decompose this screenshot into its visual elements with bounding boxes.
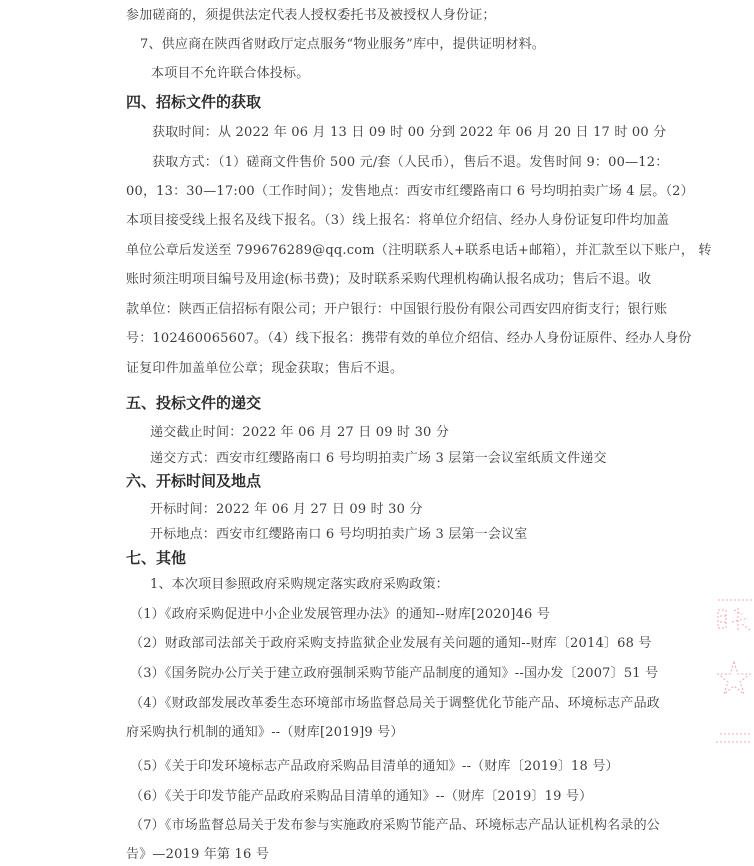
official-seal-stamp — [712, 592, 754, 752]
text-line: （4）《财政部发展改革委生态环境部市场监督总局关于调整优化节能产品、环境标志产品… — [130, 696, 660, 712]
text-line: 00，13：30—17:00（工作时间）；发售地点：西安市红缨路南口 6 号均明… — [126, 184, 694, 200]
text-line: （1）《政府采购促进中小企业发展管理办法》的通知--财库[2020]46 号 — [130, 607, 550, 623]
text-line: （7）《市场监督总局关于发布参与实施政府采购节能产品、环境标志产品认证机构名录的… — [130, 818, 660, 834]
text-line: （5）《关于印发环境标志产品政府采购品目清单的通知》--（财库〔2019〕18 … — [130, 759, 619, 775]
text-line: 本项目不允许联合体投标。 — [151, 66, 309, 82]
text-line: 递交方式：西安市红缨路南口 6 号均明拍卖广场 3 层第一会议室纸质文件递交 — [150, 451, 607, 467]
text-line: （3）《国务院办公厅关于建立政府强制采购节能产品制度的通知》--国办发〔2007… — [130, 666, 658, 682]
section-heading-6: 六、开标时间及地点 — [126, 472, 261, 490]
text-line: 开标地点：西安市红缨路南口 6 号均明拍卖广场 3 层第一会议室 — [150, 527, 527, 543]
text-line: （6）《关于印发节能产品政府采购品目清单的通知》--（财库〔2019〕19 号） — [130, 789, 592, 805]
text-line: 递交截止时间：2022 年 06 月 27 日 09 时 30 分 — [150, 425, 449, 441]
text-line: 参加磋商的，须提供法定代表人授权委托书及被授权人身份证； — [126, 8, 496, 24]
text-line: 款单位：陕西正信招标有限公司；开户银行：中国银行股份有限公司西安四府街支行；银行… — [126, 302, 667, 318]
text-line: 号：102460065607。（4）线下报名：携带有效的单位介绍信、经办人身份证… — [126, 331, 692, 347]
text-line: 获取方式：（1）磋商文件售价 500 元/套（人民币），售后不退。发售时间 9：… — [152, 155, 668, 171]
section-heading-7: 七、其他 — [126, 549, 186, 567]
text-line: （2）财政部司法部关于政府采购支持监狱企业发展有关问题的通知--财库〔2014〕… — [130, 636, 652, 652]
text-line: 7、供应商在陕西省财政厅定点服务“物业服务”库中，提供证明材料。 — [140, 37, 545, 53]
text-line: 获取时间：从 2022 年 06 月 13 日 09 时 00 分到 2022 … — [152, 125, 666, 141]
text-line: 账时须注明项目编号及用途(标书费)；及时联系采购代理机构确认报名成功；售后不退。… — [126, 272, 651, 288]
section-heading-4: 四、招标文件的获取 — [126, 93, 261, 111]
text-line: 告》—2019 年第 16 号 — [126, 847, 269, 863]
text-line: 府采购执行机制的通知》--（财库[2019]9 号） — [126, 725, 404, 741]
text-line: 开标时间：2022 年 06 月 27 日 09 时 30 分 — [150, 502, 423, 518]
text-line: 1、本次项目参照政府采购规定落实政府采购政策： — [150, 577, 449, 593]
section-heading-5: 五、投标文件的递交 — [126, 394, 261, 412]
text-line: 证复印件加盖单位公章；现金获取；售后不退。 — [126, 361, 403, 377]
text-line: 单位公章后发送至 799676289@qq.com（注明联系人+联系电话+邮箱）… — [126, 243, 712, 259]
text-line: 本项目接受线上报名及线下报名。（3）线上报名：将单位介绍信、经办人身份证复印件均… — [126, 213, 669, 229]
seal-icon — [712, 592, 754, 752]
